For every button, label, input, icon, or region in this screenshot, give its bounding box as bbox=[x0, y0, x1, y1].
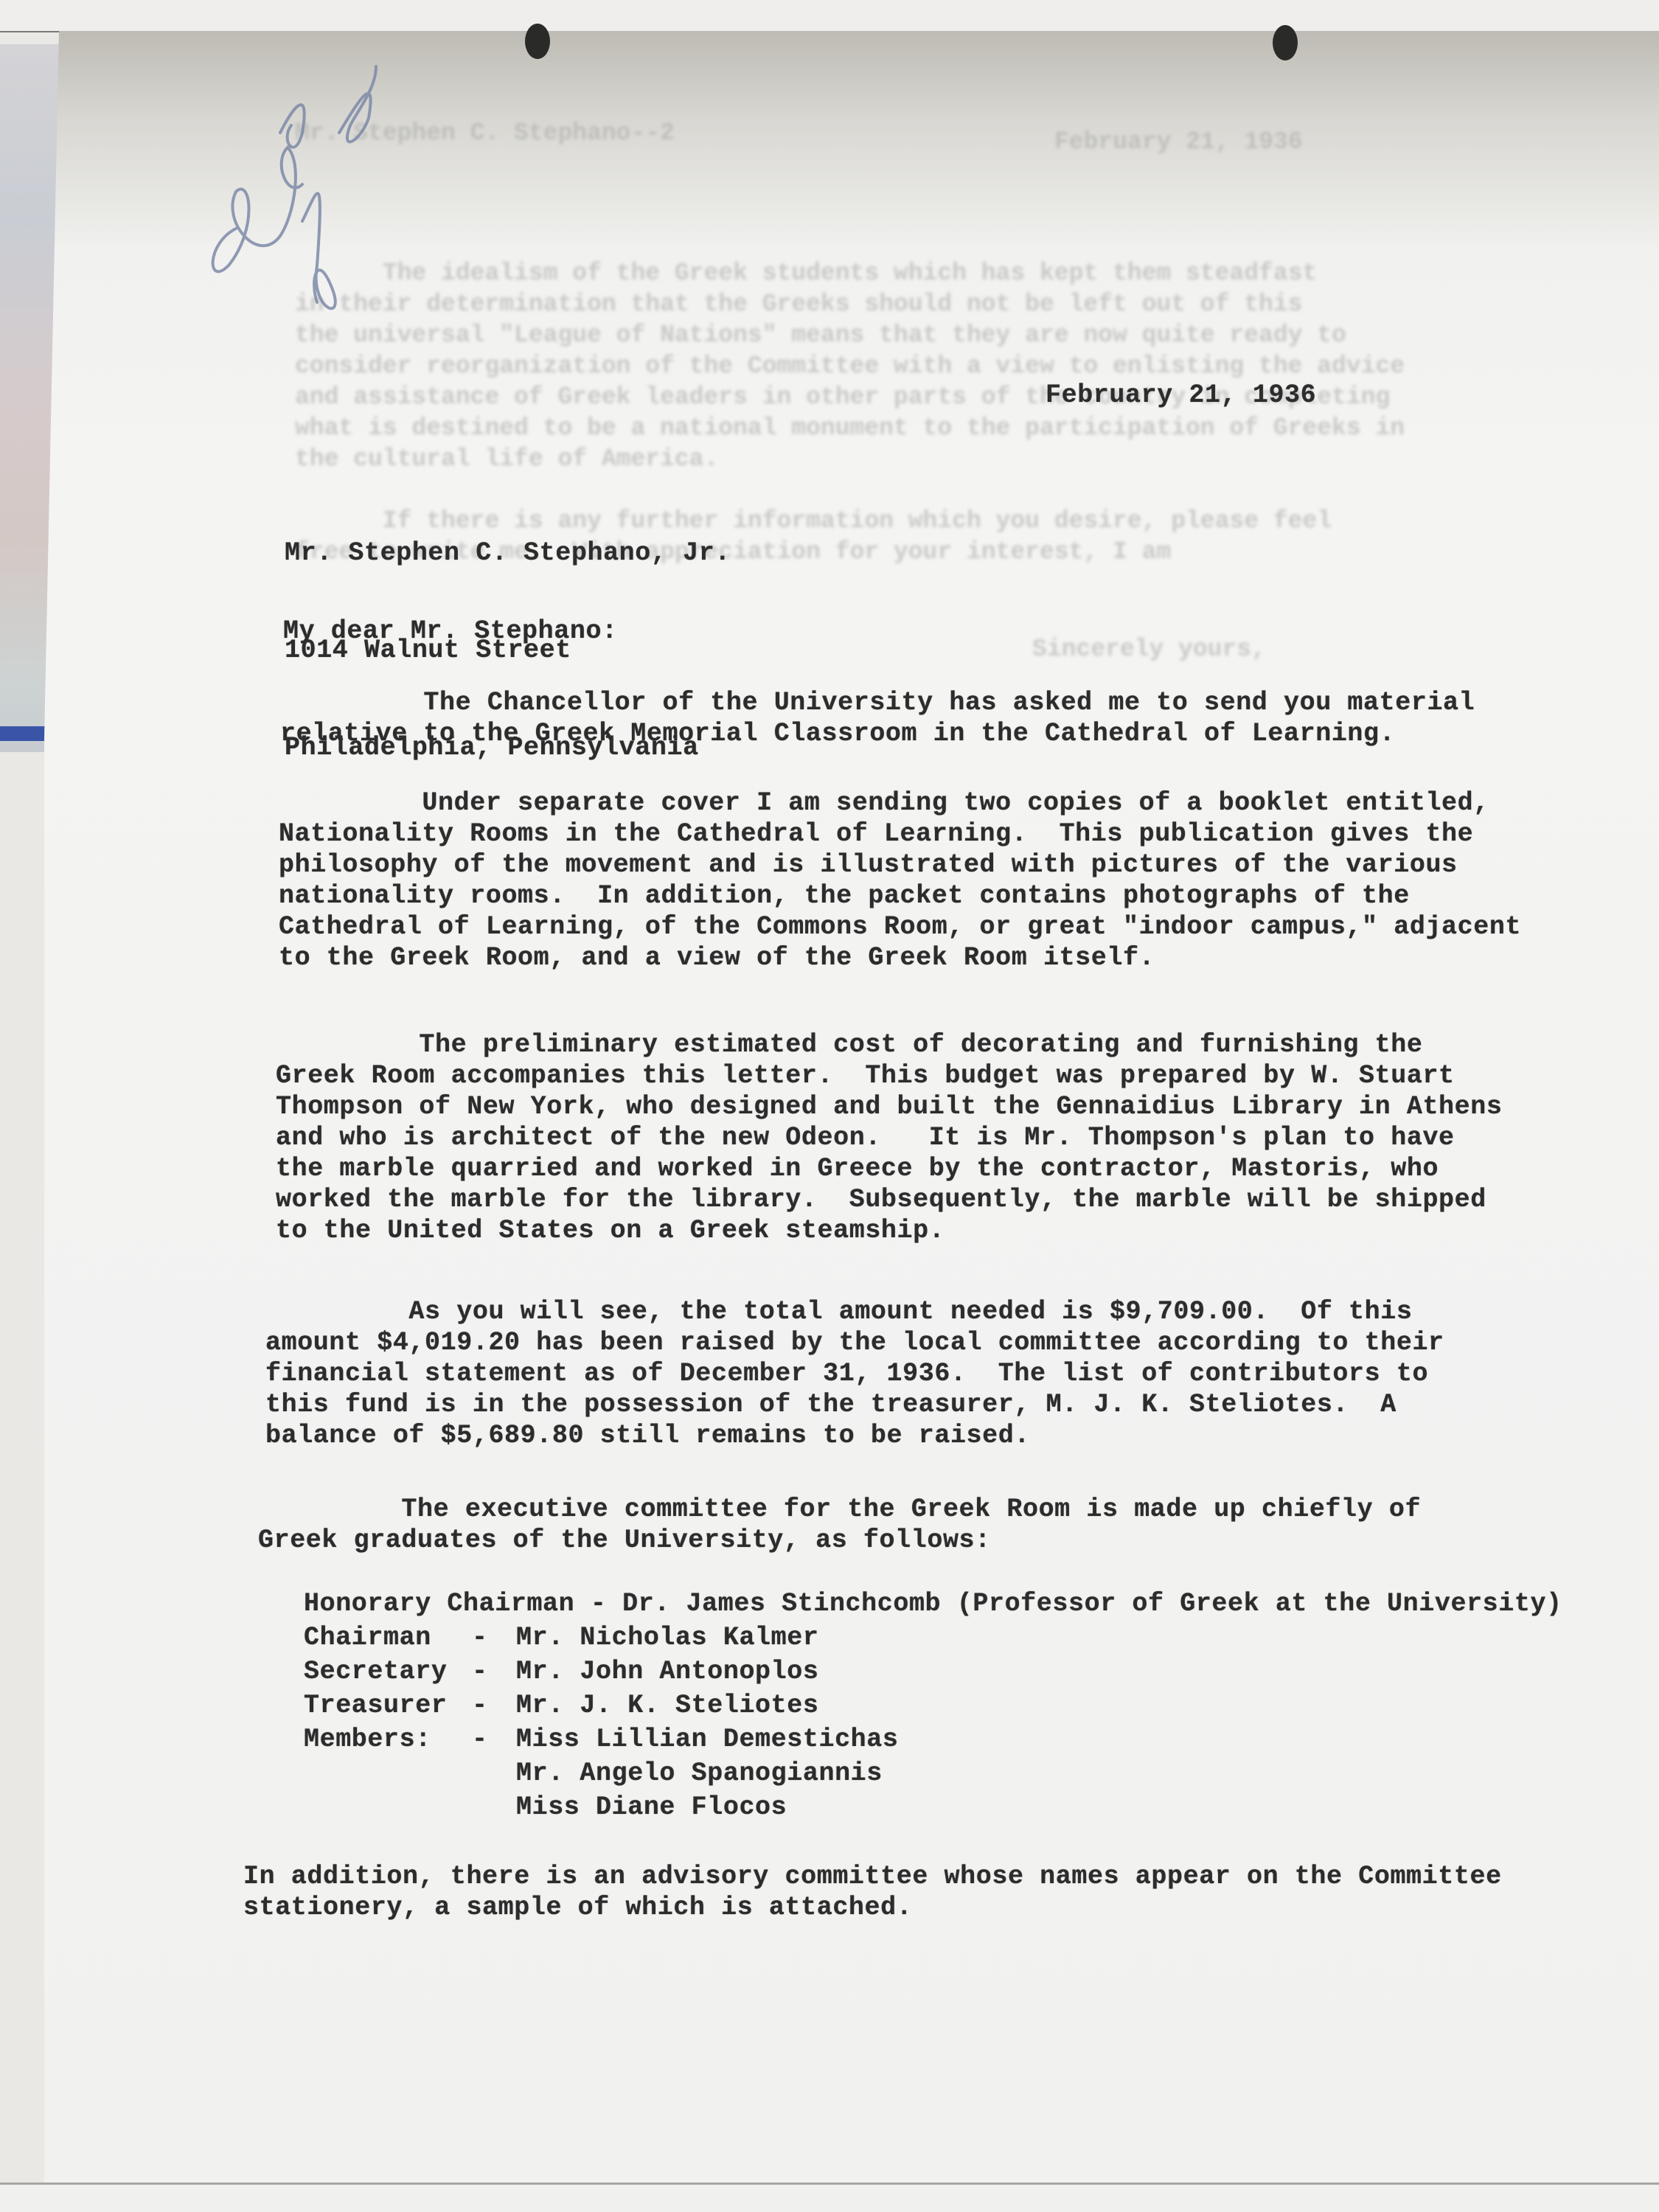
committee-role: Members: bbox=[304, 1722, 472, 1756]
committee-list: Honorary Chairman - Dr. James Stinchcomb… bbox=[304, 1587, 1562, 1824]
committee-role: Secretary bbox=[304, 1655, 472, 1688]
punch-hole-left bbox=[525, 24, 550, 59]
top-sheet-edge bbox=[0, 0, 1659, 32]
committee-name: Miss Lillian Demestichas bbox=[516, 1722, 898, 1756]
committee-row: Treasurer-Mr. J. K. Steliotes bbox=[304, 1688, 1562, 1722]
paragraph-committee-intro: The executive committee for the Greek Ro… bbox=[258, 1494, 1421, 1556]
bleedthrough-date: February 21, 1936 bbox=[1054, 127, 1303, 158]
committee-role: Chairman bbox=[304, 1621, 472, 1655]
committee-row: Honorary Chairman - Dr. James Stinchcomb… bbox=[304, 1587, 1562, 1621]
binder-blue-band bbox=[0, 726, 52, 741]
paragraph-funding: As you will see, the total amount needed… bbox=[265, 1296, 1444, 1451]
committee-role: Treasurer bbox=[304, 1688, 472, 1722]
committee-dash: - bbox=[472, 1621, 516, 1655]
paragraph-advisory: In addition, there is an advisory commit… bbox=[243, 1861, 1502, 1923]
letter-date: February 21, 1936 bbox=[1046, 379, 1316, 411]
committee-row: Members:-Miss Lillian Demestichas bbox=[304, 1722, 1562, 1756]
committee-name: Mr. J. K. Steliotes bbox=[516, 1688, 818, 1722]
committee-role bbox=[304, 1790, 472, 1824]
committee-dash: - bbox=[472, 1688, 516, 1722]
paragraph-chancellor: The Chancellor of the University has ask… bbox=[280, 687, 1475, 749]
salutation: My dear Mr. Stephano: bbox=[283, 615, 618, 647]
committee-dash bbox=[472, 1790, 516, 1824]
committee-name: Mr. Nicholas Kalmer bbox=[516, 1621, 818, 1655]
paragraph-booklet: Under separate cover I am sending two co… bbox=[279, 787, 1521, 973]
committee-row: Miss Diane Flocos bbox=[304, 1790, 1562, 1824]
committee-name: Mr. John Antonoplos bbox=[516, 1655, 818, 1688]
committee-dash: - bbox=[472, 1655, 516, 1688]
committee-role bbox=[304, 1756, 472, 1790]
committee-role: Honorary Chairman bbox=[304, 1587, 574, 1621]
committee-row: Chairman-Mr. Nicholas Kalmer bbox=[304, 1621, 1562, 1655]
page-stack-edge bbox=[0, 2183, 1659, 2212]
committee-dash bbox=[472, 1756, 516, 1790]
committee-name: Mr. Angelo Spanogiannis bbox=[516, 1756, 883, 1790]
recipient-name: Mr. Stephen C. Stephano, Jr. bbox=[285, 537, 731, 569]
committee-row: Secretary-Mr. John Antonoplos bbox=[304, 1655, 1562, 1688]
committee-dash: - bbox=[472, 1722, 516, 1756]
pencil-annotation-icon bbox=[192, 44, 428, 354]
committee-dash: - bbox=[591, 1587, 607, 1621]
bleedthrough-closing: Sincerely yours, bbox=[1032, 634, 1266, 665]
committee-name: Dr. James Stinchcomb (Professor of Greek… bbox=[622, 1587, 1562, 1621]
punch-hole-right bbox=[1273, 25, 1298, 60]
committee-name: Miss Diane Flocos bbox=[516, 1790, 787, 1824]
committee-row: Mr. Angelo Spanogiannis bbox=[304, 1756, 1562, 1790]
paragraph-cost-estimate: The preliminary estimated cost of decora… bbox=[276, 1029, 1502, 1246]
